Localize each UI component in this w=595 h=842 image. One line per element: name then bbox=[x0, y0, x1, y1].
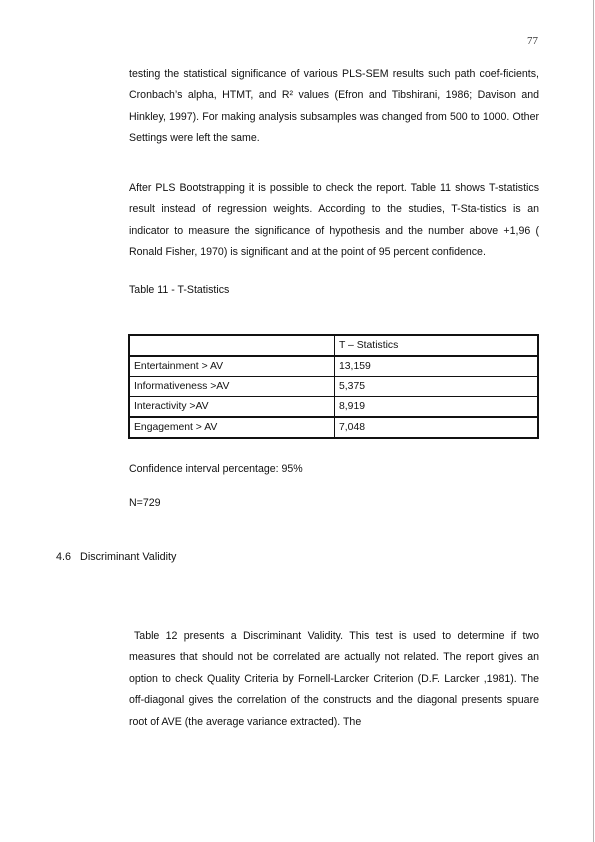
path-cell: Entertainment > AV bbox=[129, 356, 335, 377]
header-cell bbox=[129, 335, 335, 356]
section-heading: 4.6 Discriminant Validity bbox=[56, 551, 176, 563]
page-edge bbox=[593, 0, 594, 842]
table-caption: Table 11 - T-Statistics bbox=[129, 280, 229, 301]
table-row: Engagement > AV 7,048 bbox=[129, 417, 538, 438]
value-cell: 13,159 bbox=[335, 356, 539, 377]
section-title: Discriminant Validity bbox=[80, 551, 176, 563]
value-cell: 8,919 bbox=[335, 397, 539, 418]
path-cell: Informativeness >AV bbox=[129, 377, 335, 397]
header-cell: T – Statistics bbox=[335, 335, 539, 356]
page-number: 77 bbox=[527, 35, 538, 47]
table-row: Interactivity >AV 8,919 bbox=[129, 397, 538, 418]
confidence-note: Confidence interval percentage: 95% bbox=[129, 463, 303, 475]
path-cell: Interactivity >AV bbox=[129, 397, 335, 418]
paragraph-t-statistics-intro: After PLS Bootstrapping it is possible t… bbox=[129, 178, 539, 264]
table-header-row: T – Statistics bbox=[129, 335, 538, 356]
table-row: Entertainment > AV 13,159 bbox=[129, 356, 538, 377]
sample-size-note: N=729 bbox=[129, 497, 161, 509]
path-cell: Engagement > AV bbox=[129, 417, 335, 438]
table-row: Informativeness >AV 5,375 bbox=[129, 377, 538, 397]
value-cell: 7,048 bbox=[335, 417, 539, 438]
t-statistics-table: T – Statistics Entertainment > AV 13,159… bbox=[128, 334, 539, 439]
paragraph-bootstrapping-settings: testing the statistical significance of … bbox=[129, 64, 539, 150]
section-number: 4.6 bbox=[56, 551, 71, 563]
paragraph-discriminant-validity: Table 12 presents a Discriminant Validit… bbox=[129, 626, 539, 733]
value-cell: 5,375 bbox=[335, 377, 539, 397]
